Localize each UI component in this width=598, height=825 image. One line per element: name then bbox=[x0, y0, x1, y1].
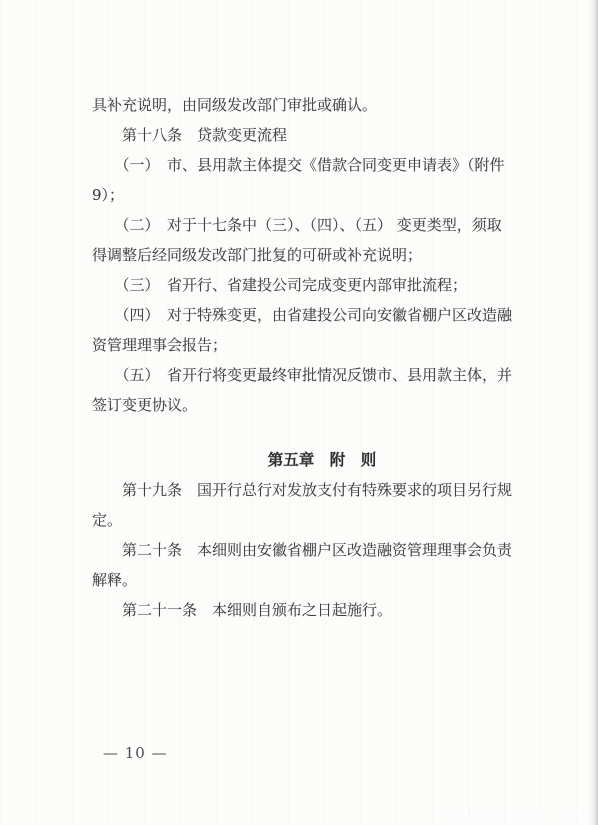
document-text-line: （五） 省开行将变更最终审批情况反馈市、县用款主体，并 bbox=[92, 360, 552, 390]
document-text-line: 9）； bbox=[92, 180, 552, 210]
page-number: — 10 — bbox=[103, 744, 168, 762]
document-page: 具补充说明，由同级发改部门审批或确认。 第十八条 贷款变更流程 （一） 市、县用… bbox=[0, 0, 598, 825]
document-text-line: （三） 省开行、省建投公司完成变更内部审批流程； bbox=[92, 270, 552, 300]
document-text-line: 第十九条 国开行总行对发放支付有特殊要求的项目另行规 bbox=[92, 475, 552, 505]
document-text-line: 第十八条 贷款变更流程 bbox=[92, 120, 552, 150]
document-body: 具补充说明，由同级发改部门审批或确认。 第十八条 贷款变更流程 （一） 市、县用… bbox=[92, 90, 552, 625]
site-watermark: huibeizeng.com bbox=[440, 805, 594, 823]
document-text-line: 具补充说明，由同级发改部门审批或确认。 bbox=[92, 90, 552, 120]
document-text-line: 得调整后经同级发改部门批复的可研或补充说明； bbox=[92, 240, 552, 270]
chapter-heading: 第五章 附 则 bbox=[92, 445, 552, 475]
document-text-line: （二） 对于十七条中（三）、（四）、（五） 变更类型，须取 bbox=[92, 210, 552, 240]
document-text-line: 定。 bbox=[92, 505, 552, 535]
document-text-line: （一） 市、县用款主体提交《借款合同变更申请表》（附件 bbox=[92, 150, 552, 180]
document-text-line: 资管理理事会报告； bbox=[92, 330, 552, 360]
scan-edge-shadow bbox=[588, 0, 598, 825]
document-text-line: （四） 对于特殊变更，由省建投公司向安徽省棚户区改造融 bbox=[92, 300, 552, 330]
document-text-line: 第二十条 本细则由安徽省棚户区改造融资管理理事会负责 bbox=[92, 535, 552, 565]
document-text-line: 第二十一条 本细则自颁布之日起施行。 bbox=[92, 595, 552, 625]
document-text-line: 签订变更协议。 bbox=[92, 390, 552, 420]
document-text-line: 解释。 bbox=[92, 565, 552, 595]
